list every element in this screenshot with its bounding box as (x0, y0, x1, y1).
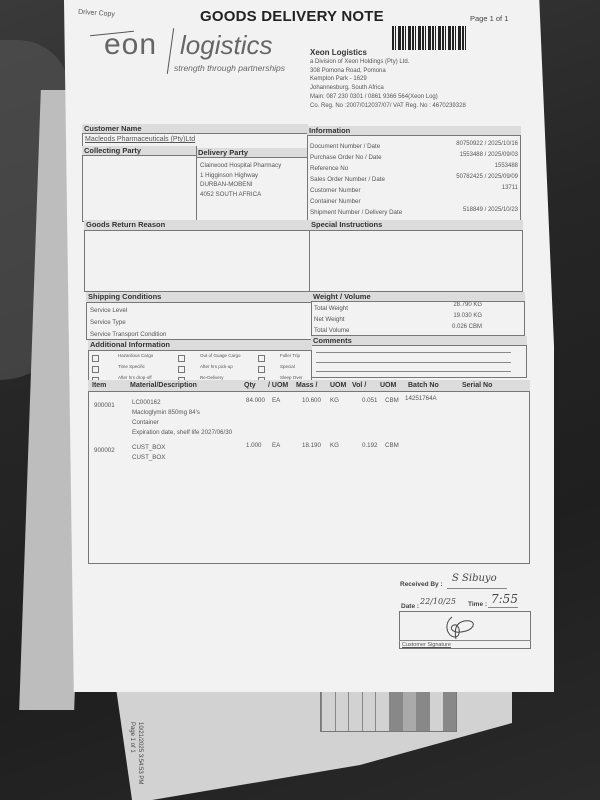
comments-header: Comments (311, 336, 527, 346)
company-line: Co. Reg. No :2007/012037/07/ VAT Reg. No… (310, 102, 466, 111)
document-title: GOODS DELIVERY NOTE (200, 8, 384, 25)
material-code: LC000162 (132, 398, 161, 408)
column-header: Batch No (408, 382, 439, 389)
total-volume-value: 0.026 CBM (420, 324, 482, 330)
item-vol: 0.051 (362, 396, 377, 406)
option-checkbox[interactable] (92, 366, 99, 373)
barcode (392, 26, 468, 50)
address-line: 1 Higginson Highway (200, 171, 281, 181)
goods-return-header: Goods Return Reason (84, 220, 310, 231)
option-checkbox[interactable] (178, 366, 185, 373)
item-uom: EA (272, 441, 280, 451)
stamp-page: Page 1 of 1 (129, 722, 135, 753)
transport-condition-label: Service Transport Condition (90, 331, 166, 338)
item-mass: 18.190 (302, 441, 321, 451)
time-label: Time : (468, 601, 487, 608)
item-vol-uom: CBM (385, 441, 399, 451)
information-header: Information (307, 126, 521, 136)
item-uom: EA (272, 396, 280, 406)
item-qty: 84.000 (246, 396, 265, 406)
material-description: CUST_BOX (132, 453, 165, 463)
date-value: 22/10/25 (420, 597, 456, 606)
net-weight-value: 19.030 KG (420, 313, 482, 319)
total-weight-label: Total Weight (314, 305, 348, 312)
company-address: Xeon Logistics a Division of Xeon Holdin… (310, 48, 466, 110)
comment-line (316, 352, 511, 353)
comment-line (316, 371, 511, 372)
option-checkbox[interactable] (92, 355, 99, 362)
company-line: Kempton Park - 1629 (310, 75, 466, 84)
column-header: UOM (380, 382, 396, 389)
information-value: 80750922 / 2025/10/16 (420, 141, 518, 147)
shipping-header: Shipping Conditions (86, 292, 312, 303)
column-header: / UOM (268, 382, 288, 389)
information-label: Shipment Number / Delivery Date (310, 209, 402, 216)
information-value: 518849 / 2025/10/23 (420, 207, 518, 213)
item-mass-uom: KG (330, 441, 339, 451)
received-by-line (447, 588, 507, 589)
received-by-label: Received By : (400, 581, 443, 588)
information-value: 1553488 (420, 163, 518, 169)
delivery-party-address: Clairwood Hospital Pharmacy 1 Higginson … (200, 161, 281, 199)
material-code: CUST_BOX (132, 443, 165, 453)
option-label: Out of Guage Cargo (200, 353, 241, 358)
company-name: Xeon Logistics (310, 48, 466, 58)
signature-scribble (440, 613, 480, 641)
underlying-page-stamp: 10/21/2025 3:54:53 PM Page 1 of 1 (128, 722, 144, 784)
column-header: Vol / (352, 382, 366, 389)
weight-volume-header: Weight / Volume (311, 292, 525, 302)
option-checkbox[interactable] (258, 355, 265, 362)
item-mass: 10.600 (302, 396, 321, 406)
option-checkbox[interactable] (178, 355, 185, 362)
option-label: Fuller Trip (280, 353, 300, 358)
item-batch: 14251764A (405, 394, 437, 404)
option-label: Time Specific (118, 364, 145, 369)
column-header: Material/Description (130, 382, 197, 389)
total-weight-value: 28.790 KG (420, 302, 482, 308)
column-header: Serial No (462, 382, 492, 389)
information-label: Customer Number (310, 187, 361, 194)
stamp-datetime: 10/21/2025 3:54:53 PM (137, 722, 143, 784)
customer-name-header: Customer Name (82, 124, 308, 134)
service-type-label: Service Type (90, 319, 126, 326)
item-qty: 1.000 (246, 441, 261, 451)
date-label: Date : (401, 603, 419, 610)
collecting-party-header: Collecting Party (82, 146, 196, 156)
customer-signature-label: Customer Signature (402, 642, 451, 648)
material-description: Macloglymin 850mg 84's (132, 408, 200, 418)
material-description: Expiration date, shelf life 2027/06/30 (132, 428, 232, 438)
divider (196, 146, 197, 222)
logo-eon: eon (104, 28, 157, 62)
address-line: Clairwood Hospital Pharmacy (200, 161, 281, 171)
address-line: DURBAN-MOBENI (200, 180, 281, 190)
item-vol: 0.192 (362, 441, 377, 451)
additional-info-header: Additional Information (88, 340, 312, 351)
option-label: After hrs pick-up (200, 364, 233, 369)
item-mass-uom: KG (330, 396, 339, 406)
logo-tagline: strength through partnerships (174, 63, 285, 73)
option-checkbox[interactable] (258, 366, 265, 373)
item-number: 900002 (94, 446, 115, 456)
information-label: Sales Order Number / Date (310, 176, 385, 183)
information-label: Document Number / Date (310, 143, 380, 150)
column-header: Qty (244, 382, 256, 389)
information-label: Container Number (310, 198, 361, 205)
page-indicator: Page 1 of 1 (470, 14, 508, 23)
information-label: Purchase Order No / Date (310, 154, 382, 161)
comment-line (316, 362, 511, 363)
information-label: Reference No (310, 165, 348, 172)
information-value: 13711 (420, 185, 518, 191)
option-label: Hazardous Cargo (118, 353, 153, 358)
company-line: 308 Pomona Road, Pomona (310, 67, 466, 76)
received-by-value: S Sibuyo (452, 573, 497, 584)
information-value: 50782425 / 2025/09/09 (420, 174, 518, 180)
column-header: UOM (330, 382, 346, 389)
time-line (488, 607, 518, 608)
column-header: Mass / (296, 382, 317, 389)
company-line: Main: 087 230 0301 / 0861 9366 564(Xeon … (310, 93, 466, 102)
service-level-label: Service Level (90, 307, 127, 314)
total-volume-label: Total Volume (314, 327, 349, 334)
address-line: 4052 SOUTH AFRICA (200, 190, 281, 200)
company-line: Johannesburg, South Africa (310, 84, 466, 93)
item-vol-uom: CBM (385, 396, 399, 406)
column-header: Item (92, 382, 106, 389)
logo-logistics: logistics (180, 30, 272, 61)
delivery-party-header: Delivery Party (196, 148, 308, 158)
item-number: 900001 (94, 401, 115, 411)
special-instructions-header: Special Instructions (309, 220, 523, 231)
option-label: Special (280, 364, 295, 369)
information-value: 1553488 / 2025/09/03 (420, 152, 518, 158)
customer-name: Macleods Pharmaceuticals (Pty)Ltd (85, 135, 195, 145)
material-description: Container (132, 418, 159, 428)
time-value: 7:55 (491, 592, 518, 606)
net-weight-label: Net Weight (314, 316, 345, 323)
company-line: a Division of Xeon Holdings (Pty) Ltd. (310, 58, 466, 67)
